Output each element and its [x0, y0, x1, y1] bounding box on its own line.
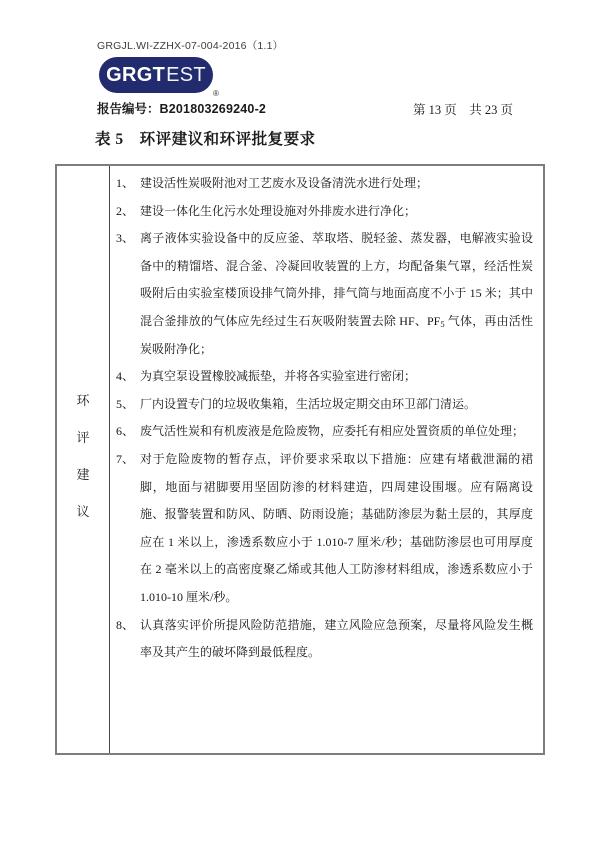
requirement-item-4: 4、 为真空泵设置橡胶减振垫，并将各实验室进行密闭； — [110, 363, 533, 391]
logo-text-light: EST — [166, 65, 206, 85]
page-indicator: 第 13 页 共 23 页 — [413, 100, 513, 118]
eia-requirements-table: 环 评 建 议 1、 建设活性炭吸附池对工艺废水及设备清洗水进行处理； 2、 建… — [55, 164, 545, 755]
item-number: 3、 — [116, 225, 134, 253]
requirement-item-1: 1、 建设活性炭吸附池对工艺废水及设备清洗水进行处理； — [110, 170, 533, 198]
item-number: 8、 — [116, 612, 134, 640]
item-number: 6、 — [116, 418, 134, 446]
item-text: 废气活性炭和有机废液是危险废物，应委托有相应处置资质的单位处理； — [140, 424, 524, 438]
row-header-char: 建 — [76, 468, 89, 481]
requirement-item-3: 3、 离子液体实验设备中的反应釜、萃取塔、脱轻釜、蒸发器，电解液实验设备中的精馏… — [110, 225, 533, 363]
report-header-row: 报告编号：B201803269240-2 第 13 页 共 23 页 — [0, 99, 612, 114]
table-title: 表 5 环评建议和环评批复要求 — [95, 127, 316, 149]
row-header-char: 议 — [76, 505, 89, 518]
logo-text-bold: GRGT — [106, 65, 165, 85]
row-header-char: 评 — [76, 431, 89, 444]
item-number: 5、 — [116, 391, 134, 419]
item-text: 为真空泵设置橡胶减振垫，并将各实验室进行密闭； — [140, 369, 416, 383]
document-page: GRGJL.WI-ZZHX-07-004-2016（1.1） GRGTEST ®… — [0, 0, 612, 865]
item-text: 对于危险废物的暂存点，评价要求采取以下措施：应建有堵截泄漏的裙脚，地面与裙脚要用… — [140, 452, 533, 604]
item-text: 离子液体实验设备中的反应釜、萃取塔、脱轻釜、蒸发器，电解液实验设备中的精馏塔、混… — [140, 231, 533, 355]
report-number-field: 报告编号：B201803269240-2 — [97, 99, 266, 117]
item-text: 建设活性炭吸附池对工艺废水及设备清洗水进行处理； — [140, 176, 428, 190]
requirement-item-6: 6、 废气活性炭和有机废液是危险废物，应委托有相应处置资质的单位处理； — [110, 418, 533, 446]
item-text: 建设一体化生化污水处理设施对外排废水进行净化； — [140, 204, 416, 218]
requirement-item-8: 8、 认真落实评价所提风险防范措施，建立风险应急预案，尽量将风险发生概率及其产生… — [110, 612, 533, 667]
document-code: GRGJL.WI-ZZHX-07-004-2016（1.1） — [97, 38, 283, 53]
requirement-item-5: 5、 厂内设置专门的垃圾收集箱，生活垃圾定期交由环卫部门清运。 — [110, 391, 533, 419]
row-header-char: 环 — [76, 394, 89, 407]
item-text: 认真落实评价所提风险防范措施，建立风险应急预案，尽量将风险发生概率及其产生的破坏… — [140, 618, 533, 660]
report-number-value: B201803269240-2 — [160, 102, 267, 116]
requirements-cell: 1、 建设活性炭吸附池对工艺废水及设备清洗水进行处理； 2、 建设一体化生化污水… — [110, 166, 543, 753]
item-number: 7、 — [116, 446, 134, 474]
requirement-item-7: 7、 对于危险废物的暂存点，评价要求采取以下措施：应建有堵截泄漏的裙脚，地面与裙… — [110, 446, 533, 612]
requirement-item-2: 2、 建设一体化生化污水处理设施对外排废水进行净化； — [110, 198, 533, 226]
item-number: 2、 — [116, 198, 134, 226]
item-text: 厂内设置专门的垃圾收集箱，生活垃圾定期交由环卫部门清运。 — [140, 397, 476, 411]
registered-trademark-icon: ® — [213, 89, 219, 98]
item-number: 1、 — [116, 170, 134, 198]
grgtest-logo-text: GRGTEST — [106, 65, 206, 85]
grgtest-logo: GRGTEST — [99, 57, 213, 93]
row-header-eia-suggestions: 环 评 建 议 — [57, 166, 110, 753]
item-number: 4、 — [116, 363, 134, 391]
report-number-label: 报告编号： — [97, 102, 160, 116]
